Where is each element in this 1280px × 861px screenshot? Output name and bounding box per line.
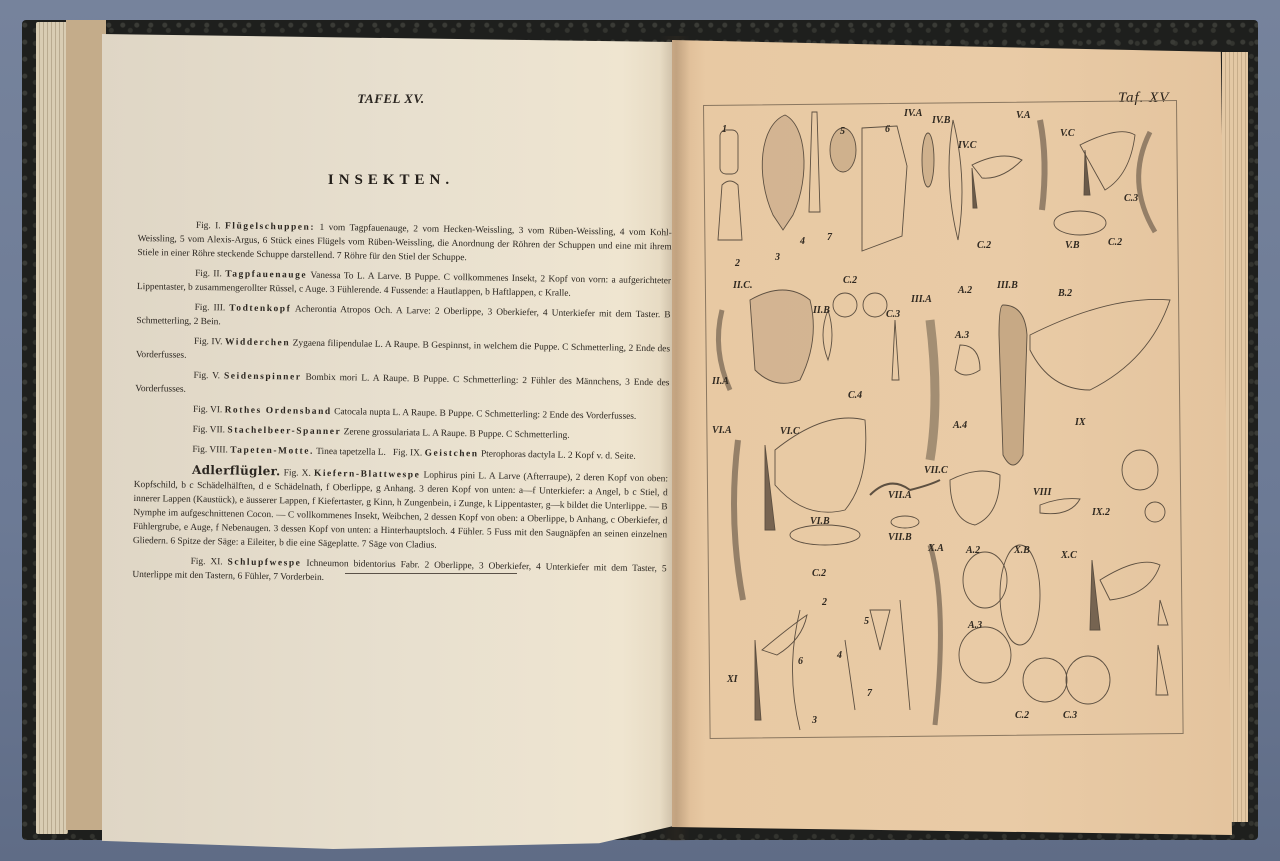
plate-figure-label: 5: [864, 616, 869, 627]
plate-figure-label: C.2: [812, 568, 826, 579]
plate-figure-label: 2: [822, 597, 827, 608]
plate-figure-label: X.C: [1061, 550, 1077, 561]
plate-figure-label: V.C: [1060, 128, 1075, 139]
insect-illustrations: [0, 0, 1280, 861]
plate-figure-label: 6: [798, 656, 803, 667]
plate-figure-label: II.C.: [733, 280, 752, 291]
plate-figure-label: 2: [735, 258, 740, 269]
plate-figure-label: VIII: [1033, 487, 1051, 498]
plate-figure-label: IV.B: [932, 115, 950, 126]
plate-figure-label: 3: [812, 715, 817, 726]
plate-figure-label: IX: [1075, 417, 1086, 428]
plate-figure-label: 3: [775, 252, 780, 263]
plate-figure-label: II.B: [813, 305, 830, 316]
plate-figure-label: X.B: [1014, 545, 1030, 556]
plate-figure-label: XI: [727, 674, 738, 685]
plate-figure-label: VI.B: [810, 516, 830, 527]
plate-figure-label: VI.A: [712, 425, 732, 436]
plate-figure-label: VII.C: [924, 465, 948, 476]
plate-figure-label: 7: [867, 688, 872, 699]
plate-figure-label: A.2: [966, 545, 980, 556]
plate-figure-label: C.3: [886, 309, 900, 320]
plate-figure-label: 7: [827, 232, 832, 243]
plate-figure-label: 6: [885, 124, 890, 135]
plate-figure-label: C.4: [848, 390, 862, 401]
plate-figure-label: 1: [722, 124, 727, 135]
plate-figure-label: C.2: [1015, 710, 1029, 721]
plate-figure-label: C.2: [843, 275, 857, 286]
plate-figure-label: A.2: [958, 285, 972, 296]
plate-figure-label: VII.A: [888, 490, 912, 501]
plate-figure-label: V.A: [1016, 110, 1031, 121]
plate-figure-label: C.3: [1124, 193, 1138, 204]
plate-figure-label: C.2: [977, 240, 991, 251]
plate-figure-label: 4: [837, 650, 842, 661]
plate-figure-label: A.3: [955, 330, 969, 341]
plate-figure-label: III.B: [997, 280, 1018, 291]
plate-figure-label: A.3: [968, 620, 982, 631]
plate-figure-label: IX.2: [1092, 507, 1110, 518]
plate-figure-label: A.4: [953, 420, 967, 431]
plate-figure-label: V.B: [1065, 240, 1080, 251]
plate-figure-label: 5: [840, 126, 845, 137]
plate-figure-label: C.3: [1063, 710, 1077, 721]
plate-figure-label: II.A: [712, 376, 729, 387]
plate-figure-label: B.2: [1058, 288, 1072, 299]
plate-figure-label: VII.B: [888, 532, 912, 543]
plate-figure-label: X.A: [928, 543, 944, 554]
plate-figure-label: III.A: [911, 294, 932, 305]
plate-figure-label: IV.C: [958, 140, 976, 151]
plate-figure-label: IV.A: [904, 108, 922, 119]
plate-figure-label: 4: [800, 236, 805, 247]
plate-figure-label: VI.C: [780, 426, 800, 437]
plate-figure-label: C.2: [1108, 237, 1122, 248]
